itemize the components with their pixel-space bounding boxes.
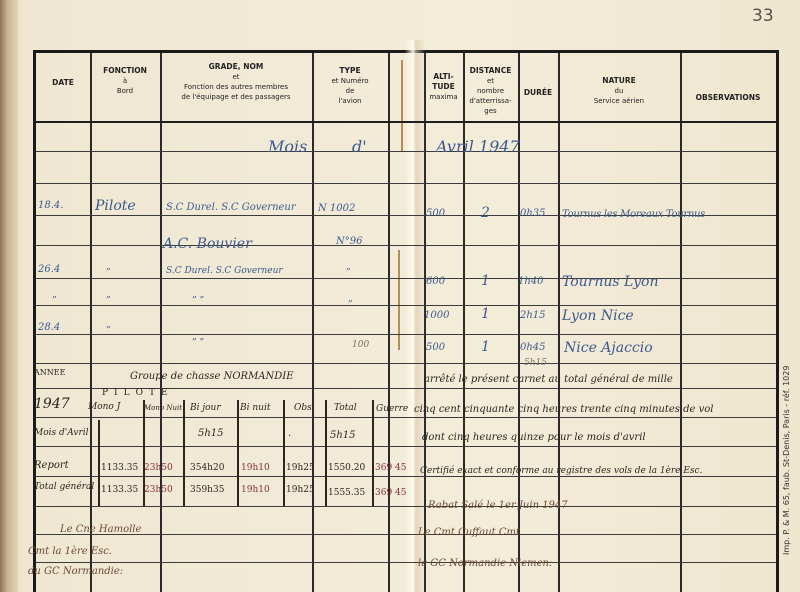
page-fold [405, 40, 425, 592]
summary-annee-label: ANNEE [34, 368, 65, 377]
summary-group: Groupe de chasse NORMANDIE [130, 371, 294, 382]
flight-landings: 2 [481, 205, 490, 221]
flight-crew: S.C Durel. S.C Governeur [166, 202, 296, 213]
summary-mono-n: 23h50 [144, 485, 173, 495]
row-rule [36, 183, 776, 184]
summary-bi-jour: 354h20 [190, 463, 224, 473]
header-date: DATE [36, 78, 90, 88]
flight-fonction: ” [106, 268, 111, 278]
summary-col-header: Mono J [88, 402, 120, 412]
summary-row-label: Total général [34, 482, 96, 492]
row-rule [36, 363, 776, 364]
summary-bi-jour: 359h35 [190, 485, 224, 495]
summary-year: 1947 [34, 396, 70, 412]
left-signature-line: Cmt la 1ère Esc. [28, 546, 112, 557]
flight-crew: A.C. Bouvier [163, 236, 252, 252]
summary-guerre: 369 45 [375, 463, 407, 473]
flight-aircraft: N 1002 [318, 203, 355, 214]
flight-altitude: 600 [426, 276, 445, 287]
summary-guerre: 369 45 [375, 488, 407, 498]
header-grade-nom: GRADE, NOM et Fonction des autres membre… [160, 62, 312, 102]
certification-line: cinq cent cinquante cinq heures trente c… [414, 404, 713, 415]
flight-aircraft: ” [346, 268, 351, 278]
col-rule [463, 53, 465, 592]
left-signature-line: du GC Normandie: [28, 566, 123, 577]
flight-crew: ” ” [192, 296, 204, 306]
summary-bi-nuit: 19h10 [241, 485, 270, 495]
certification-date: Rabat Salé le 1er Juin 1947 [428, 500, 568, 511]
flight-aircraft: 100 [352, 340, 369, 350]
flight-duration: 1h40 [518, 276, 544, 287]
row-rule [36, 334, 776, 335]
summary-total: 5h15 [330, 430, 356, 441]
flight-aircraft: N°96 [336, 236, 362, 247]
row-rule [36, 534, 776, 535]
flight-duration: 2h15 [520, 310, 546, 321]
flight-altitude: 500 [426, 208, 445, 219]
header-rule [36, 121, 776, 123]
row-rule [36, 305, 776, 306]
summary-col-header: Bi nuit [240, 403, 270, 413]
header-altitude: ALTI- TUDE maxima [424, 72, 463, 102]
summary-rule [237, 400, 239, 506]
summary-rule [283, 400, 285, 506]
left-signature-line: Le Cne Hamolle [60, 524, 141, 535]
certification-line: dont cinq heures quinze pour le mois d'a… [422, 432, 646, 443]
logbook-page: 33 DATE FONCTION à Bord GRADE, NOM et F [0, 0, 800, 592]
row-rule [36, 151, 776, 152]
flight-crew: S.C Durel. S.C Governeur [166, 266, 283, 276]
col-rule [558, 53, 560, 592]
summary-col-header: Obs. [294, 403, 315, 413]
flight-aircraft: ” [348, 300, 353, 310]
row-rule [36, 278, 776, 279]
flight-duration: 0h45 [520, 342, 546, 353]
summary-bi-jour: 5h15 [198, 428, 224, 439]
summary-row-label: Mois d'Avril [34, 428, 89, 438]
flight-altitude: 500 [426, 342, 445, 353]
stitch [398, 250, 400, 350]
certification-line: arrêté le présent carnet au total généra… [424, 374, 673, 385]
flight-fonction: Pilote [95, 198, 136, 214]
summary-mono-j: 1133.35 [101, 485, 138, 495]
col-rule [312, 53, 314, 592]
header-duree: DURÉE [518, 88, 558, 98]
summary-total: 1550.20 [328, 463, 365, 473]
row-rule [36, 476, 776, 477]
month-value: Avril 1947 [436, 137, 520, 156]
header-type: TYPE et Numéro de l'avion [312, 66, 388, 106]
row-rule [36, 245, 776, 246]
flight-duration: 0h35 [520, 208, 546, 219]
flight-nature: Tournus les Moreaux Tournus [562, 209, 705, 220]
book-spine [0, 0, 18, 592]
flight-nature: Lyon Nice [562, 308, 634, 324]
stitch [401, 60, 403, 152]
summary-rule [183, 400, 185, 506]
col-rule [680, 53, 682, 592]
row-rule [36, 446, 776, 447]
summary-col-header: Guerre [376, 404, 408, 414]
summary-col-header: Mono Nuit [144, 404, 182, 412]
header-observations: OBSERVATIONS [680, 93, 776, 103]
summary-bi-nuit: 19h10 [241, 463, 270, 473]
flight-altitude: 1000 [424, 310, 449, 321]
summary-obs: . [288, 428, 291, 439]
flight-landings: 1 [481, 273, 490, 289]
row-rule [36, 506, 776, 507]
summary-row-label: Report [34, 460, 69, 471]
summary-pilote-label: PILOTE [102, 388, 174, 398]
col-rule [160, 53, 162, 592]
certification-line: Certifié exact et conforme au registre d… [420, 466, 702, 476]
printer-imprint: Imp. P. & M. 65, faub. St-Denis, Paris -… [782, 366, 791, 555]
flight-date: ” [52, 296, 57, 306]
summary-rule [98, 420, 100, 506]
flight-fonction: ” [106, 326, 111, 336]
summary-col-header: Total [334, 403, 357, 413]
flight-date: 26.4 [38, 264, 60, 275]
summary-mono-j: 1133.35 [101, 463, 138, 473]
summary-total: 1555.35 [328, 488, 365, 498]
summary-rule [325, 400, 327, 506]
flight-nature: Nice Ajaccio [564, 340, 653, 356]
header-distance: DISTANCE et nombre d'atterrissa- ges [463, 66, 518, 116]
summary-obs: 19h25 [286, 485, 315, 495]
flight-date: 28.4 [38, 322, 60, 333]
row-rule [36, 562, 776, 563]
col-rule [388, 53, 390, 592]
month-total-note: 5h15 [524, 358, 547, 368]
col-rule [518, 53, 520, 592]
month-label-mois: Mois [268, 137, 307, 156]
summary-mono-n: 23h50 [144, 463, 173, 473]
page-number: 33 [752, 6, 774, 26]
flight-fonction: ” [106, 296, 111, 306]
summary-rule [372, 400, 374, 506]
month-label-d: d' [352, 137, 367, 156]
header-nature: NATURE du Service aérien [558, 76, 680, 106]
flight-nature: Tournus Lyon [562, 274, 658, 290]
summary-obs: 19h25 [286, 463, 315, 473]
row-rule [36, 417, 776, 418]
signature-line: Le Cmt Cuffaut Cmt [418, 527, 520, 538]
flight-date: 18.4. [38, 200, 63, 211]
flight-landings: 1 [481, 339, 490, 355]
signature-line: le GC Normandie Niemen: [418, 558, 552, 569]
summary-col-header: Bi jour [190, 403, 221, 413]
flight-crew: ” ” [192, 338, 204, 348]
header-fonction: FONCTION à Bord [90, 66, 160, 96]
flight-landings: 1 [481, 306, 490, 322]
col-rule [90, 53, 92, 592]
